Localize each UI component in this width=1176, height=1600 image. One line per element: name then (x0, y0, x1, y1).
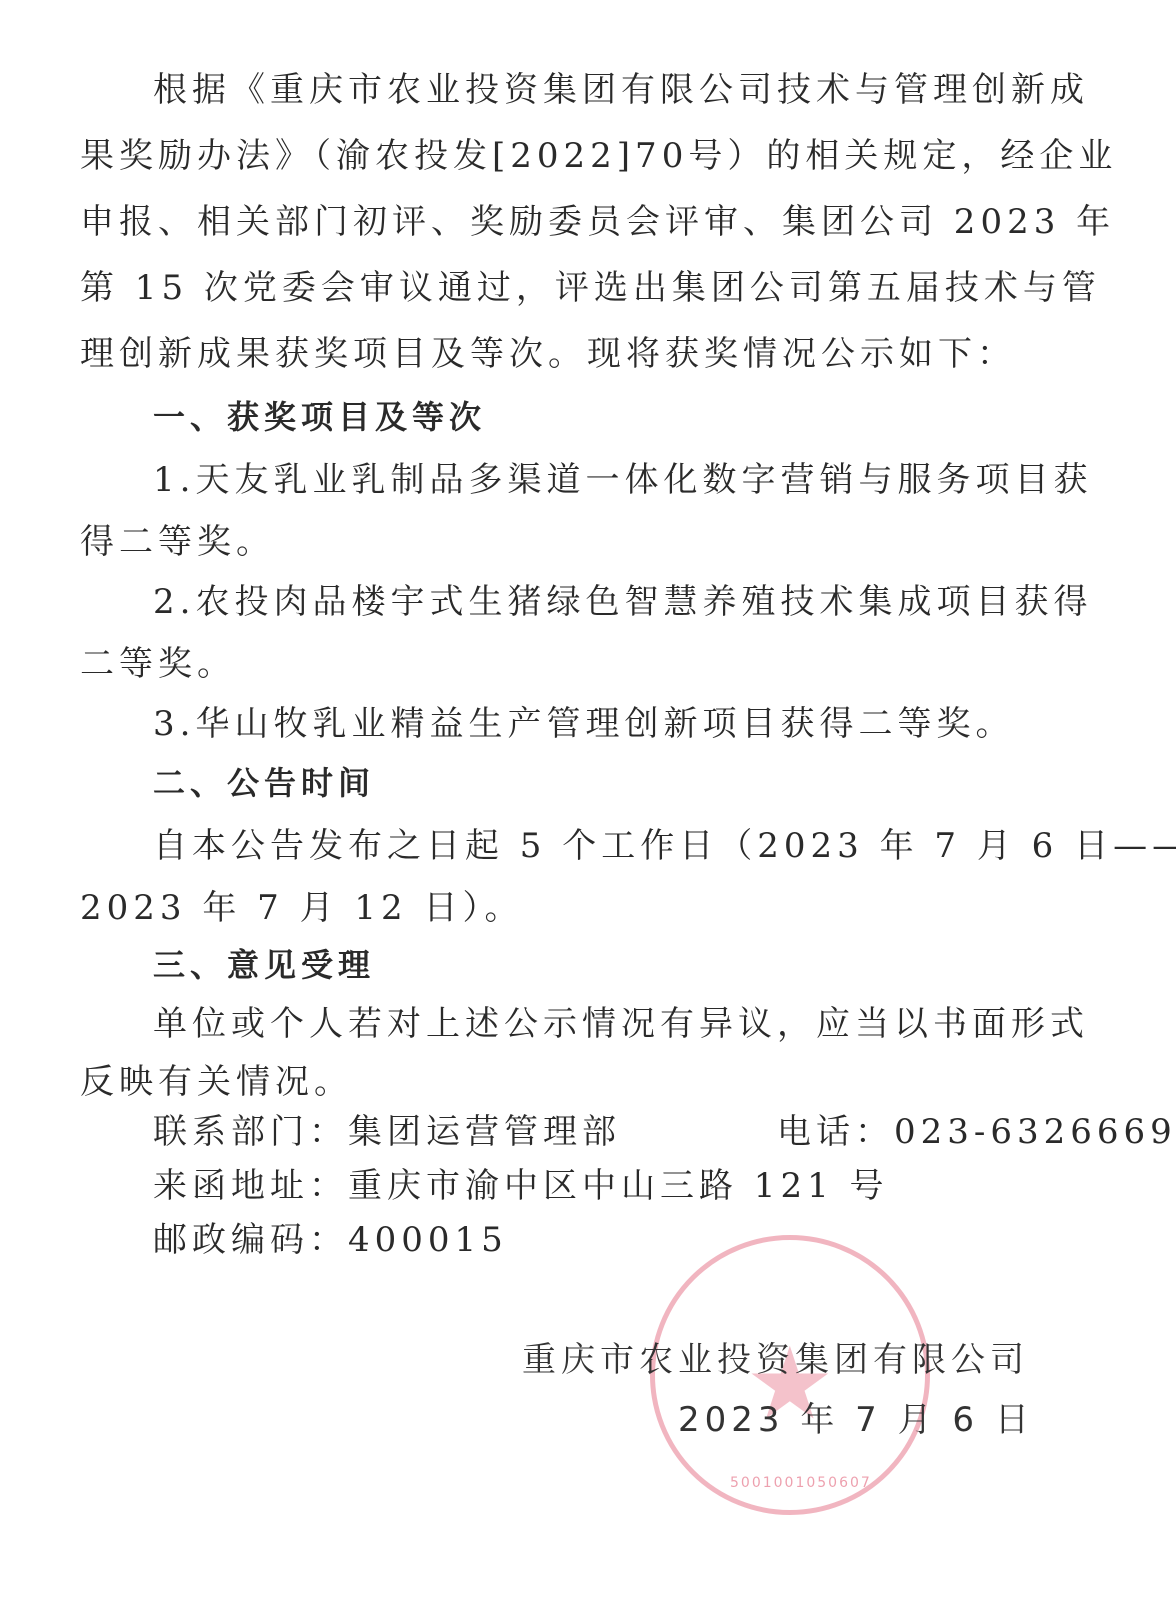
signature-org: 重庆市农业投资集团有限公司 (522, 1332, 1029, 1381)
section-heading: 三、意见受理 (153, 940, 375, 986)
objection-line: 反映有关情况。 (80, 1054, 353, 1103)
seal-number: 5001001050607 (730, 1475, 872, 1491)
para-line: 根据《重庆市农业投资集团有限公司技术与管理创新成 (153, 62, 1089, 111)
contact-line: 邮政编码：400015 (153, 1212, 508, 1261)
item-line: 二等奖。 (80, 636, 236, 685)
item-line: 3.华山牧乳业精益生产管理创新项目获得二等奖。 (153, 696, 1014, 745)
item-line: 2.农投肉品楼宇式生猪绿色智慧养殖技术集成项目获得 (153, 574, 1092, 623)
section-heading: 一、获奖项目及等次 (153, 392, 486, 438)
signature-date: 2023 年 7 月 6 日 (678, 1392, 1034, 1441)
time-line: 自本公告发布之日起 5 个工作日（2023 年 7 月 6 日—— (153, 818, 1176, 867)
para-line: 第 15 次党委会审议通过，评选出集团公司第五届技术与管 (80, 260, 1101, 309)
para-line: 申报、相关部门初评、奖励委员会评审、集团公司 2023 年 (80, 194, 1115, 243)
section-heading: 二、公告时间 (153, 758, 375, 804)
time-line: 2023 年 7 月 12 日）。 (80, 880, 523, 929)
para-line: 理创新成果获奖项目及等次。现将获奖情况公示如下： (80, 326, 1016, 375)
item-line: 得二等奖。 (80, 514, 275, 563)
contact-line: 来函地址：重庆市渝中区中山三路 121 号 (153, 1158, 889, 1207)
para-line: 果奖励办法》（渝农投发[2022]70号）的相关规定，经企业 (80, 128, 1117, 177)
item-line: 1.天友乳业乳制品多渠道一体化数字营销与服务项目获 (153, 452, 1092, 501)
contact-line: 联系部门：集团运营管理部 电话：023-63266696 (153, 1104, 1176, 1153)
objection-line: 单位或个人若对上述公示情况有异议，应当以书面形式 (153, 996, 1089, 1045)
